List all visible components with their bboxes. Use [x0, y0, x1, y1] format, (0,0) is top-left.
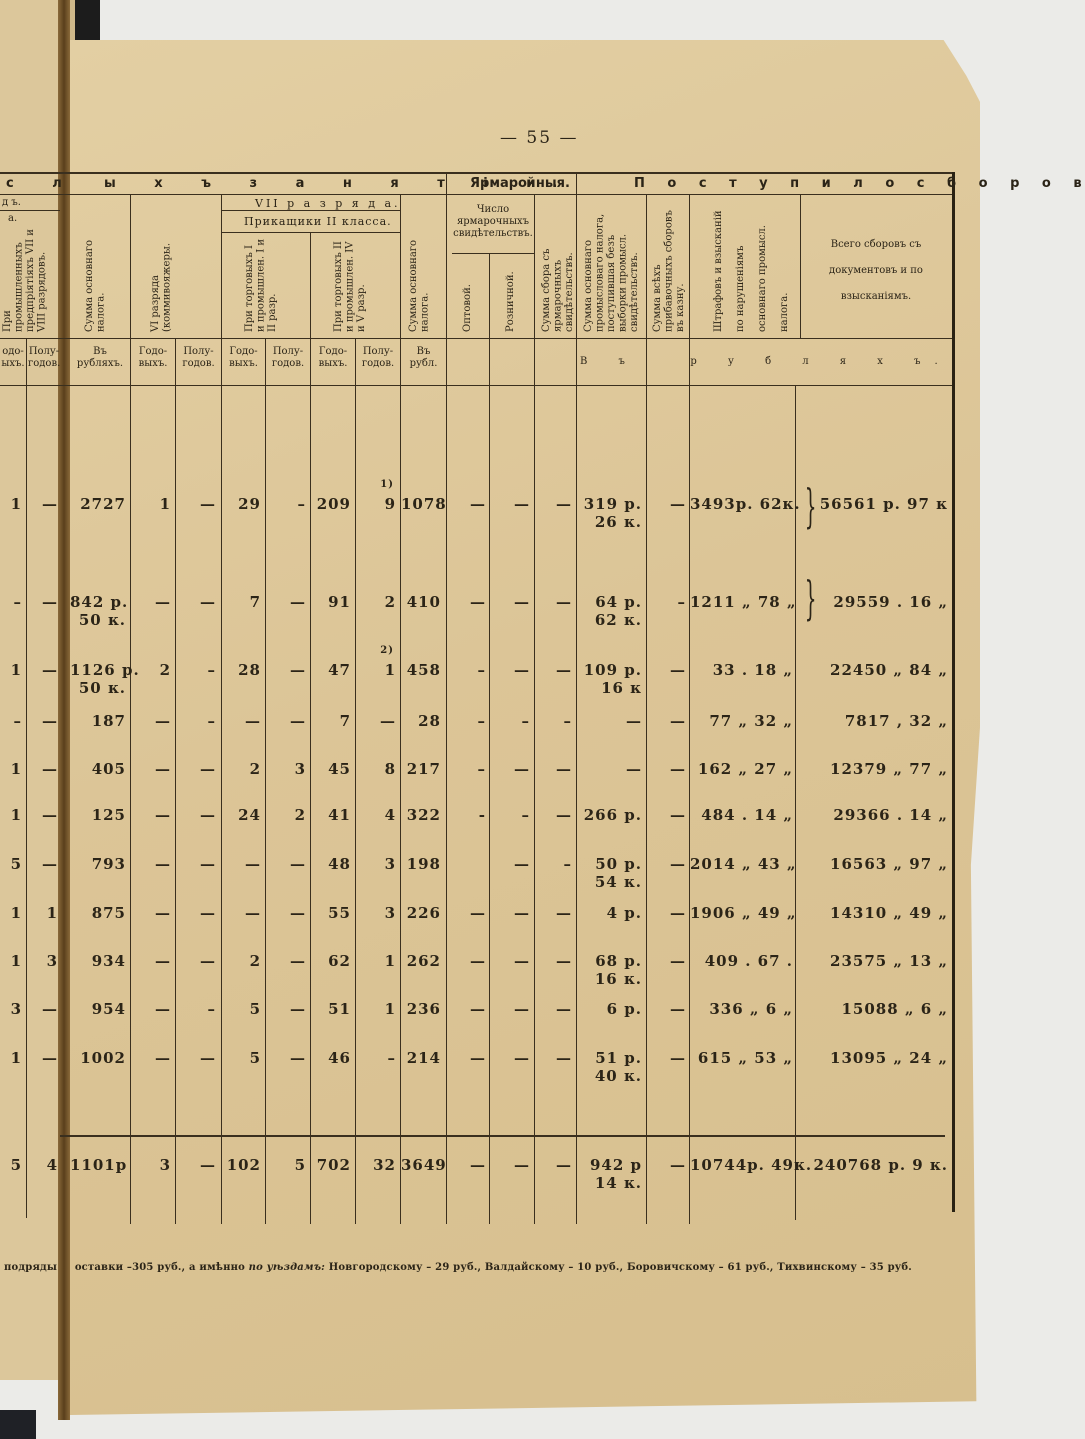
cell-c8: 702	[311, 1156, 351, 1174]
cell-value: –	[176, 661, 216, 679]
cell-c4: —	[131, 904, 171, 922]
cell-c15: —	[647, 806, 686, 824]
cell-value: —	[647, 806, 686, 824]
cell-c15: –	[647, 593, 686, 611]
cell-value: 125	[70, 806, 126, 824]
cell-c16: 3493р. 62к.	[690, 495, 793, 513]
cell-value: –	[490, 712, 530, 730]
cell-value: —	[647, 1156, 686, 1174]
cell-c14: 266 р.	[577, 806, 642, 824]
cell-c1: 5	[0, 855, 22, 873]
cell-value: —	[222, 855, 261, 873]
cell-c6: 5	[222, 1049, 261, 1067]
cell-c10: 236	[401, 1000, 441, 1018]
cell-value: 10744р. 49к.	[690, 1156, 793, 1174]
cell-c11: —	[447, 495, 486, 513]
cell-value: —	[535, 1156, 572, 1174]
cell-c8: 48	[311, 855, 351, 873]
cell-value: 64 р.	[577, 593, 642, 611]
cell-value: —	[266, 593, 306, 611]
cell-c5: —	[176, 1049, 216, 1067]
cell-c14: 68 р.16 к.	[577, 952, 642, 988]
cell-c4: —	[131, 952, 171, 970]
cell-value: 28	[401, 712, 441, 730]
cell-value: —	[131, 1000, 171, 1018]
cell-c15: —	[647, 855, 686, 873]
cell-value: —	[176, 1156, 216, 1174]
cell-value: —	[490, 904, 530, 922]
cell-c9: 3	[356, 904, 396, 922]
cell-c11: —	[447, 1049, 486, 1067]
cell-value: –	[490, 806, 530, 824]
cell-value: —	[447, 495, 486, 513]
cell-value: 236	[401, 1000, 441, 1018]
cell-c11: —	[447, 1156, 486, 1174]
cell-c11: –	[447, 760, 486, 778]
cell-value: —	[490, 952, 530, 970]
cell-value: —	[266, 904, 306, 922]
cell-value: —	[647, 855, 686, 873]
cell-value: 32	[356, 1156, 396, 1174]
cell-c17: 56561 р. 97 к	[800, 495, 948, 513]
cell-value: 187	[70, 712, 126, 730]
cell-c14: —	[577, 760, 642, 778]
cell-c12: —	[490, 855, 530, 873]
cell-c10: 262	[401, 952, 441, 970]
cell-value: 50 р.	[577, 855, 642, 873]
cell-value-kopecks: 54 к.	[577, 873, 642, 891]
cell-value: 3	[28, 952, 58, 970]
cell-value: —	[447, 1049, 486, 1067]
cell-value: 2	[222, 760, 261, 778]
cell-c7: —	[266, 593, 306, 611]
cell-c11: —	[447, 1000, 486, 1018]
cell-c16: 1906 „ 49 „	[690, 904, 793, 922]
cell-c3: 187	[70, 712, 126, 730]
cell-c3: 405	[70, 760, 126, 778]
cell-value: —	[28, 760, 58, 778]
cell-c15: —	[647, 661, 686, 679]
cell-c1: 1	[0, 952, 22, 970]
cell-value: 322	[401, 806, 441, 824]
cell-value: —	[266, 855, 306, 873]
cell-value: 875	[70, 904, 126, 922]
cell-value: —	[176, 760, 216, 778]
cell-c1: 1	[0, 806, 22, 824]
cell-value: 336 „ 6 „	[690, 1000, 793, 1018]
cell-value: —	[490, 855, 530, 873]
cell-c1: 1	[0, 904, 22, 922]
cell-c7: —	[266, 855, 306, 873]
scan-background-corner-bottom	[0, 1410, 36, 1439]
cell-value: —	[447, 904, 486, 922]
cell-c17: 14310 „ 49 „	[800, 904, 948, 922]
cell-c15: —	[647, 760, 686, 778]
cell-c13: —	[535, 495, 572, 513]
cell-c15: —	[647, 1000, 686, 1018]
cell-c7: 5	[266, 1156, 306, 1174]
cell-c1: 1	[0, 760, 22, 778]
cell-c13: –	[535, 712, 572, 730]
cell-c12: —	[490, 904, 530, 922]
cell-c10: 217	[401, 760, 441, 778]
cell-c6: —	[222, 712, 261, 730]
cell-c2: —	[28, 1000, 58, 1018]
cell-value: 162 „ 27 „	[690, 760, 793, 778]
cell-value: —	[176, 495, 216, 513]
cell-value: —	[176, 952, 216, 970]
cell-c5: —	[176, 904, 216, 922]
cell-c3: 1101р	[70, 1156, 126, 1174]
cell-c3: 1126 р.50 к.	[70, 661, 126, 697]
cell-c16: 2014 „ 43 „	[690, 855, 793, 873]
cell-value: 5	[222, 1000, 261, 1018]
cell-c16: 615 „ 53 „	[690, 1049, 793, 1067]
cell-c1: –	[0, 712, 22, 730]
cell-value: 6 р.	[577, 1000, 642, 1018]
cell-value: –	[447, 760, 486, 778]
cell-value: —	[266, 1049, 306, 1067]
cell-c7: 3	[266, 760, 306, 778]
cell-c7: —	[266, 661, 306, 679]
cell-c4: —	[131, 855, 171, 873]
cell-value: —	[131, 1049, 171, 1067]
cell-c10: 214	[401, 1049, 441, 1067]
cell-value: 484 . 14 „	[690, 806, 793, 824]
cell-value: –	[447, 712, 486, 730]
cell-value: 2	[266, 806, 306, 824]
cell-c4: 2	[131, 661, 171, 679]
cell-c16: 77 „ 32 „	[690, 712, 793, 730]
cell-c8: 62	[311, 952, 351, 970]
cell-c13: —	[535, 593, 572, 611]
cell-c17: 16563 „ 97 „	[800, 855, 948, 873]
book-gutter	[58, 0, 70, 1420]
cell-value: 22450 „ 84 „	[800, 661, 948, 679]
cell-value: 262	[401, 952, 441, 970]
cell-c14: 64 р.62 к.	[577, 593, 642, 629]
cell-value: –	[176, 1000, 216, 1018]
cell-c2: —	[28, 593, 58, 611]
cell-c17: 23575 „ 13 „	[800, 952, 948, 970]
cell-c2: —	[28, 760, 58, 778]
cell-c16: 409 . 67 .	[690, 952, 793, 970]
cell-value: 47	[311, 661, 351, 679]
cell-c1: 1	[0, 1049, 22, 1067]
cell-c7: —	[266, 1000, 306, 1018]
cell-c5: —	[176, 1156, 216, 1174]
cell-c9: 3	[356, 855, 396, 873]
cell-value-kopecks: 16 к	[577, 679, 642, 697]
cell-c3: 125	[70, 806, 126, 824]
cell-c8: 55	[311, 904, 351, 922]
cell-value: —	[647, 712, 686, 730]
cell-c14: 6 р.	[577, 1000, 642, 1018]
cell-value: 16563 „ 97 „	[800, 855, 948, 873]
cell-value-kopecks: 40 к.	[577, 1067, 642, 1085]
cell-value: —	[131, 806, 171, 824]
cell-value: 2	[356, 593, 396, 611]
cell-value: —	[176, 855, 216, 873]
cell-value: —	[222, 904, 261, 922]
cell-c10: 198	[401, 855, 441, 873]
cell-value-kopecks: 62 к.	[577, 611, 642, 629]
cell-value: 12379 „ 77 „	[800, 760, 948, 778]
cell-value: 458	[401, 661, 441, 679]
cell-value: 29	[222, 495, 261, 513]
cell-c12: –	[490, 806, 530, 824]
cell-c2: 1	[28, 904, 58, 922]
cell-c10: 458	[401, 661, 441, 679]
cell-value-kopecks: 50 к.	[70, 679, 126, 697]
cell-c6: 2	[222, 760, 261, 778]
brace-row-1: }	[805, 483, 817, 529]
cell-c4: 3	[131, 1156, 171, 1174]
cell-value: 1101р	[70, 1156, 126, 1174]
cell-value: —	[28, 855, 58, 873]
cell-c10: 322	[401, 806, 441, 824]
cell-c7: —	[266, 904, 306, 922]
cell-c6: 28	[222, 661, 261, 679]
cell-value: 615 „ 53 „	[690, 1049, 793, 1067]
cell-c16: 1211 „ 78 „	[690, 593, 793, 611]
cell-value: —	[490, 661, 530, 679]
cell-value: —	[131, 712, 171, 730]
cell-value-kopecks: 50 к.	[70, 611, 126, 629]
cell-value: 3	[356, 904, 396, 922]
cell-value: 1	[0, 806, 22, 824]
cell-c9: –	[356, 1049, 396, 1067]
cell-c6: 2	[222, 952, 261, 970]
cell-c12: –	[490, 712, 530, 730]
cell-value: –	[266, 495, 306, 513]
cell-c11: —	[447, 904, 486, 922]
cell-value: 56561 р. 97 к	[800, 495, 948, 513]
cell-value-kopecks: 16 к.	[577, 970, 642, 988]
cell-value: 1002	[70, 1049, 126, 1067]
footnote-text-b: Новгородскому – 29 руб., Валдайскому – 1…	[329, 1262, 912, 1273]
cell-value: —	[28, 1049, 58, 1067]
cell-value: 5	[222, 1049, 261, 1067]
cell-value: —	[490, 593, 530, 611]
cell-c14: 50 р.54 к.	[577, 855, 642, 891]
cell-value: 5	[0, 855, 22, 873]
cell-c1: 1	[0, 661, 22, 679]
page-number: — 55 —	[500, 128, 578, 148]
cell-value: 1906 „ 49 „	[690, 904, 793, 922]
cell-c16: 336 „ 6 „	[690, 1000, 793, 1018]
cell-value: 319 р.	[577, 495, 642, 513]
cell-c13: —	[535, 952, 572, 970]
cell-value: 3493р. 62к.	[690, 495, 793, 513]
cell-value: 410	[401, 593, 441, 611]
cell-c14: 319 р.26 к.	[577, 495, 642, 531]
cell-value: 9	[356, 495, 396, 513]
cell-value: —	[28, 661, 58, 679]
cell-value: —	[535, 904, 572, 922]
cell-value: 51	[311, 1000, 351, 1018]
cell-c6: 24	[222, 806, 261, 824]
cell-value: 7	[311, 712, 351, 730]
cell-c16: 484 . 14 „	[690, 806, 793, 824]
cell-value: 198	[401, 855, 441, 873]
cell-value: —	[447, 1156, 486, 1174]
cell-value: —	[266, 1000, 306, 1018]
cell-value: 48	[311, 855, 351, 873]
cell-c1: 3	[0, 1000, 22, 1018]
cell-c17: 13095 „ 24 „	[800, 1049, 948, 1067]
cell-value: —	[647, 661, 686, 679]
cell-c2: 3	[28, 952, 58, 970]
cell-value: —	[535, 1049, 572, 1067]
cell-value: 1	[0, 661, 22, 679]
cell-c2: —	[28, 806, 58, 824]
cell-c9: —	[356, 712, 396, 730]
cell-c5: –	[176, 712, 216, 730]
cell-c12: —	[490, 952, 530, 970]
cell-c4: —	[131, 1000, 171, 1018]
cell-c6: 102	[222, 1156, 261, 1174]
cell-value: —	[647, 760, 686, 778]
cell-c8: 7	[311, 712, 351, 730]
cell-value: –	[647, 593, 686, 611]
cell-c6: —	[222, 855, 261, 873]
cell-value: 102	[222, 1156, 261, 1174]
cell-c11: -	[447, 806, 486, 824]
cell-value: —	[490, 495, 530, 513]
cell-value: 8	[356, 760, 396, 778]
cell-value: 91	[311, 593, 351, 611]
cell-c3: 954	[70, 1000, 126, 1018]
cell-value: 934	[70, 952, 126, 970]
cell-value: 1	[356, 1000, 396, 1018]
cell-value: —	[131, 952, 171, 970]
cell-value: 842 р.	[70, 593, 126, 611]
cell-value: 702	[311, 1156, 351, 1174]
cell-c8: 91	[311, 593, 351, 611]
cell-value: —	[535, 760, 572, 778]
cell-value: —	[577, 712, 642, 730]
cell-c2: —	[28, 855, 58, 873]
cell-value: 1078	[401, 495, 441, 513]
cell-c12: —	[490, 760, 530, 778]
cell-c8: 209	[311, 495, 351, 513]
cell-value: —	[266, 712, 306, 730]
cell-value: 5	[266, 1156, 306, 1174]
cell-value: —	[131, 855, 171, 873]
cell-c17: 29366 . 14 „	[800, 806, 948, 824]
cell-value: —	[535, 661, 572, 679]
cell-value: 405	[70, 760, 126, 778]
cell-value: 4	[28, 1156, 58, 1174]
cell-c15: —	[647, 495, 686, 513]
cell-value: —	[535, 495, 572, 513]
cell-c12: —	[490, 1156, 530, 1174]
cell-value: -	[447, 806, 486, 824]
cell-value: 4	[356, 806, 396, 824]
cell-value: 15088 „ 6 „	[800, 1000, 948, 1018]
cell-value: —	[535, 593, 572, 611]
cell-value: —	[131, 593, 171, 611]
cell-c17: 12379 „ 77 „	[800, 760, 948, 778]
cell-value: 62	[311, 952, 351, 970]
cell-value: —	[647, 1049, 686, 1067]
cell-c13: —	[535, 661, 572, 679]
cell-value: 266 р.	[577, 806, 642, 824]
cell-c14: 109 р.16 к	[577, 661, 642, 697]
cell-value: 1126 р.	[70, 661, 126, 679]
cell-value: 24	[222, 806, 261, 824]
cell-c9: 8	[356, 760, 396, 778]
cell-c4: —	[131, 712, 171, 730]
cell-value: 23575 „ 13 „	[800, 952, 948, 970]
cell-value: —	[266, 952, 306, 970]
cell-value: –	[535, 855, 572, 873]
cell-value: —	[131, 760, 171, 778]
cell-c2: 4	[28, 1156, 58, 1174]
cell-value: 1	[0, 904, 22, 922]
cell-value: 217	[401, 760, 441, 778]
cell-value: 1	[131, 495, 171, 513]
cell-value: —	[28, 1000, 58, 1018]
cell-c7: —	[266, 712, 306, 730]
cell-c13: —	[535, 904, 572, 922]
footnote-italic: по уѣздамъ:	[249, 1262, 325, 1273]
footnote-marker: 2)	[380, 645, 394, 656]
cell-value: —	[535, 806, 572, 824]
cell-value: 7817 , 32 „	[800, 712, 948, 730]
cell-c8: 47	[311, 661, 351, 679]
cell-value: —	[222, 712, 261, 730]
cell-value: —	[577, 760, 642, 778]
cell-value: 29559 . 16 „	[800, 593, 948, 611]
cell-value-kopecks: 26 к.	[577, 513, 642, 531]
cell-c2: —	[28, 661, 58, 679]
cell-c15: —	[647, 952, 686, 970]
cell-c14: 4 р.	[577, 904, 642, 922]
cell-value: 33 . 18 „	[690, 661, 793, 679]
footnote-text-a: оставки –305 руб., а имѣнно	[75, 1262, 245, 1273]
cell-value: 1	[0, 495, 22, 513]
cell-c5: —	[176, 952, 216, 970]
cell-value: —	[447, 1000, 486, 1018]
cell-c12: —	[490, 661, 530, 679]
cell-c8: 45	[311, 760, 351, 778]
cell-c5: —	[176, 593, 216, 611]
cell-value: —	[28, 593, 58, 611]
cell-value: 1211 „ 78 „	[690, 593, 793, 611]
cell-value: 3649	[401, 1156, 441, 1174]
cell-c4: 1	[131, 495, 171, 513]
cell-value: 14310 „ 49 „	[800, 904, 948, 922]
cell-c15: —	[647, 1049, 686, 1067]
cell-c12: —	[490, 1000, 530, 1018]
cell-c3: 875	[70, 904, 126, 922]
cell-c9: 2	[356, 593, 396, 611]
cell-c10: 410	[401, 593, 441, 611]
cell-value: 29366 . 14 „	[800, 806, 948, 824]
cell-value: 3	[356, 855, 396, 873]
cell-value: —	[447, 952, 486, 970]
cell-value: 45	[311, 760, 351, 778]
cell-c8: 41	[311, 806, 351, 824]
cell-value: 409 . 67 .	[690, 952, 793, 970]
cell-c5: —	[176, 806, 216, 824]
cell-c9: 4	[356, 806, 396, 824]
cell-value: —	[28, 806, 58, 824]
cell-c6: 7	[222, 593, 261, 611]
cell-value: –	[447, 661, 486, 679]
